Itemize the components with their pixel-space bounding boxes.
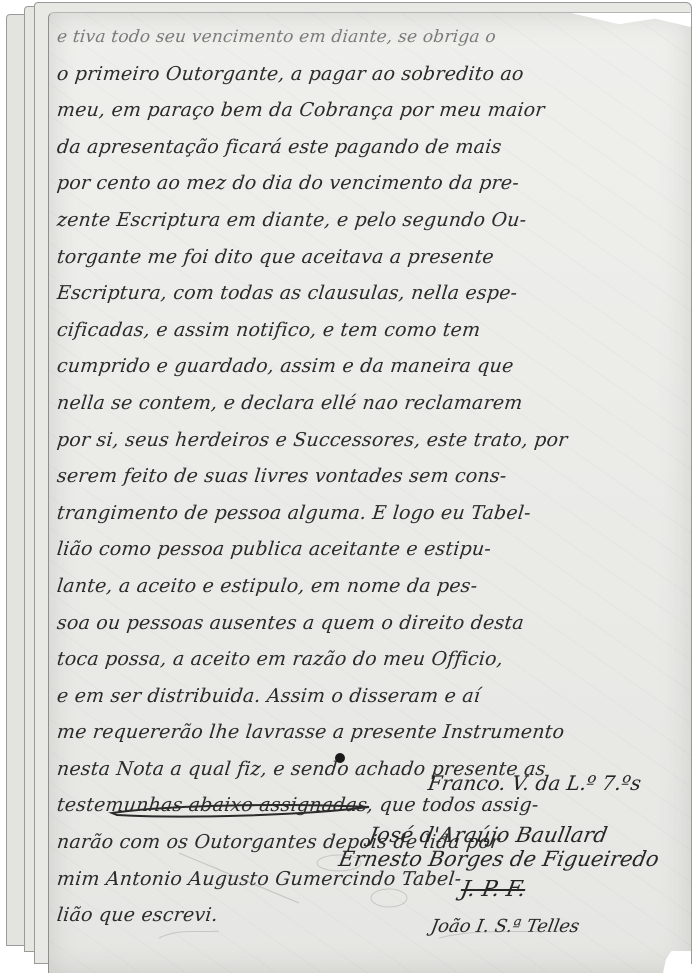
manuscript-line: cumprido e guardado, assim e da maneira … [55,348,689,385]
manuscript-line: cificadas, e assim notifico, e tem como … [55,312,689,349]
bleed-through-strokes [139,843,693,963]
manuscript-line: por cento ao mez do dia do vencimento da… [55,165,689,202]
manuscript-line: e em ser distribuida. Assim o disseram e… [55,678,689,715]
place-date: Franco. V. da L.º 7.ºs [329,771,652,795]
manuscript-line: meu, em paraço bem da Cobrança por meu m… [55,92,689,129]
ink-blot [335,753,345,763]
manuscript-line: serem feito de suas livres vontades sem … [55,458,689,495]
manuscript-line: o primeiro Outorgante, a pagar ao sobred… [55,56,689,93]
manuscript-line: lante, a aceito e estipulo, em nome da p… [55,568,689,605]
manuscript-line: soa ou pessoas ausentes a quem o direito… [55,605,689,642]
manuscript-page: e tiva todo seu vencimento em diante, se… [48,12,691,973]
manuscript-line: da apresentação ficará este pagando de m… [55,129,689,166]
manuscript-line: torgante me foi dito que aceitava a pres… [55,239,689,276]
manuscript-line: e tiva todo seu vencimento em diante, se… [55,19,689,56]
manuscript-line: me requererão lhe lavrasse a presente In… [55,714,689,751]
manuscript-line: lião como pessoa publica aceitante e est… [55,531,689,568]
manuscript-line: por si, seus herdeiros e Successores, es… [55,422,689,459]
manuscript-line: trangimento de pessoa alguma. E logo eu … [55,495,689,532]
manuscript-line: zente Escriptura em diante, e pelo segun… [55,202,689,239]
manuscript-line: toca possa, a aceito em razão do meu Off… [55,641,689,678]
manuscript-line: Escriptura, com todas as clausulas, nell… [55,275,689,312]
manuscript-line: nella se contem, e declara ellé nao recl… [55,385,689,422]
